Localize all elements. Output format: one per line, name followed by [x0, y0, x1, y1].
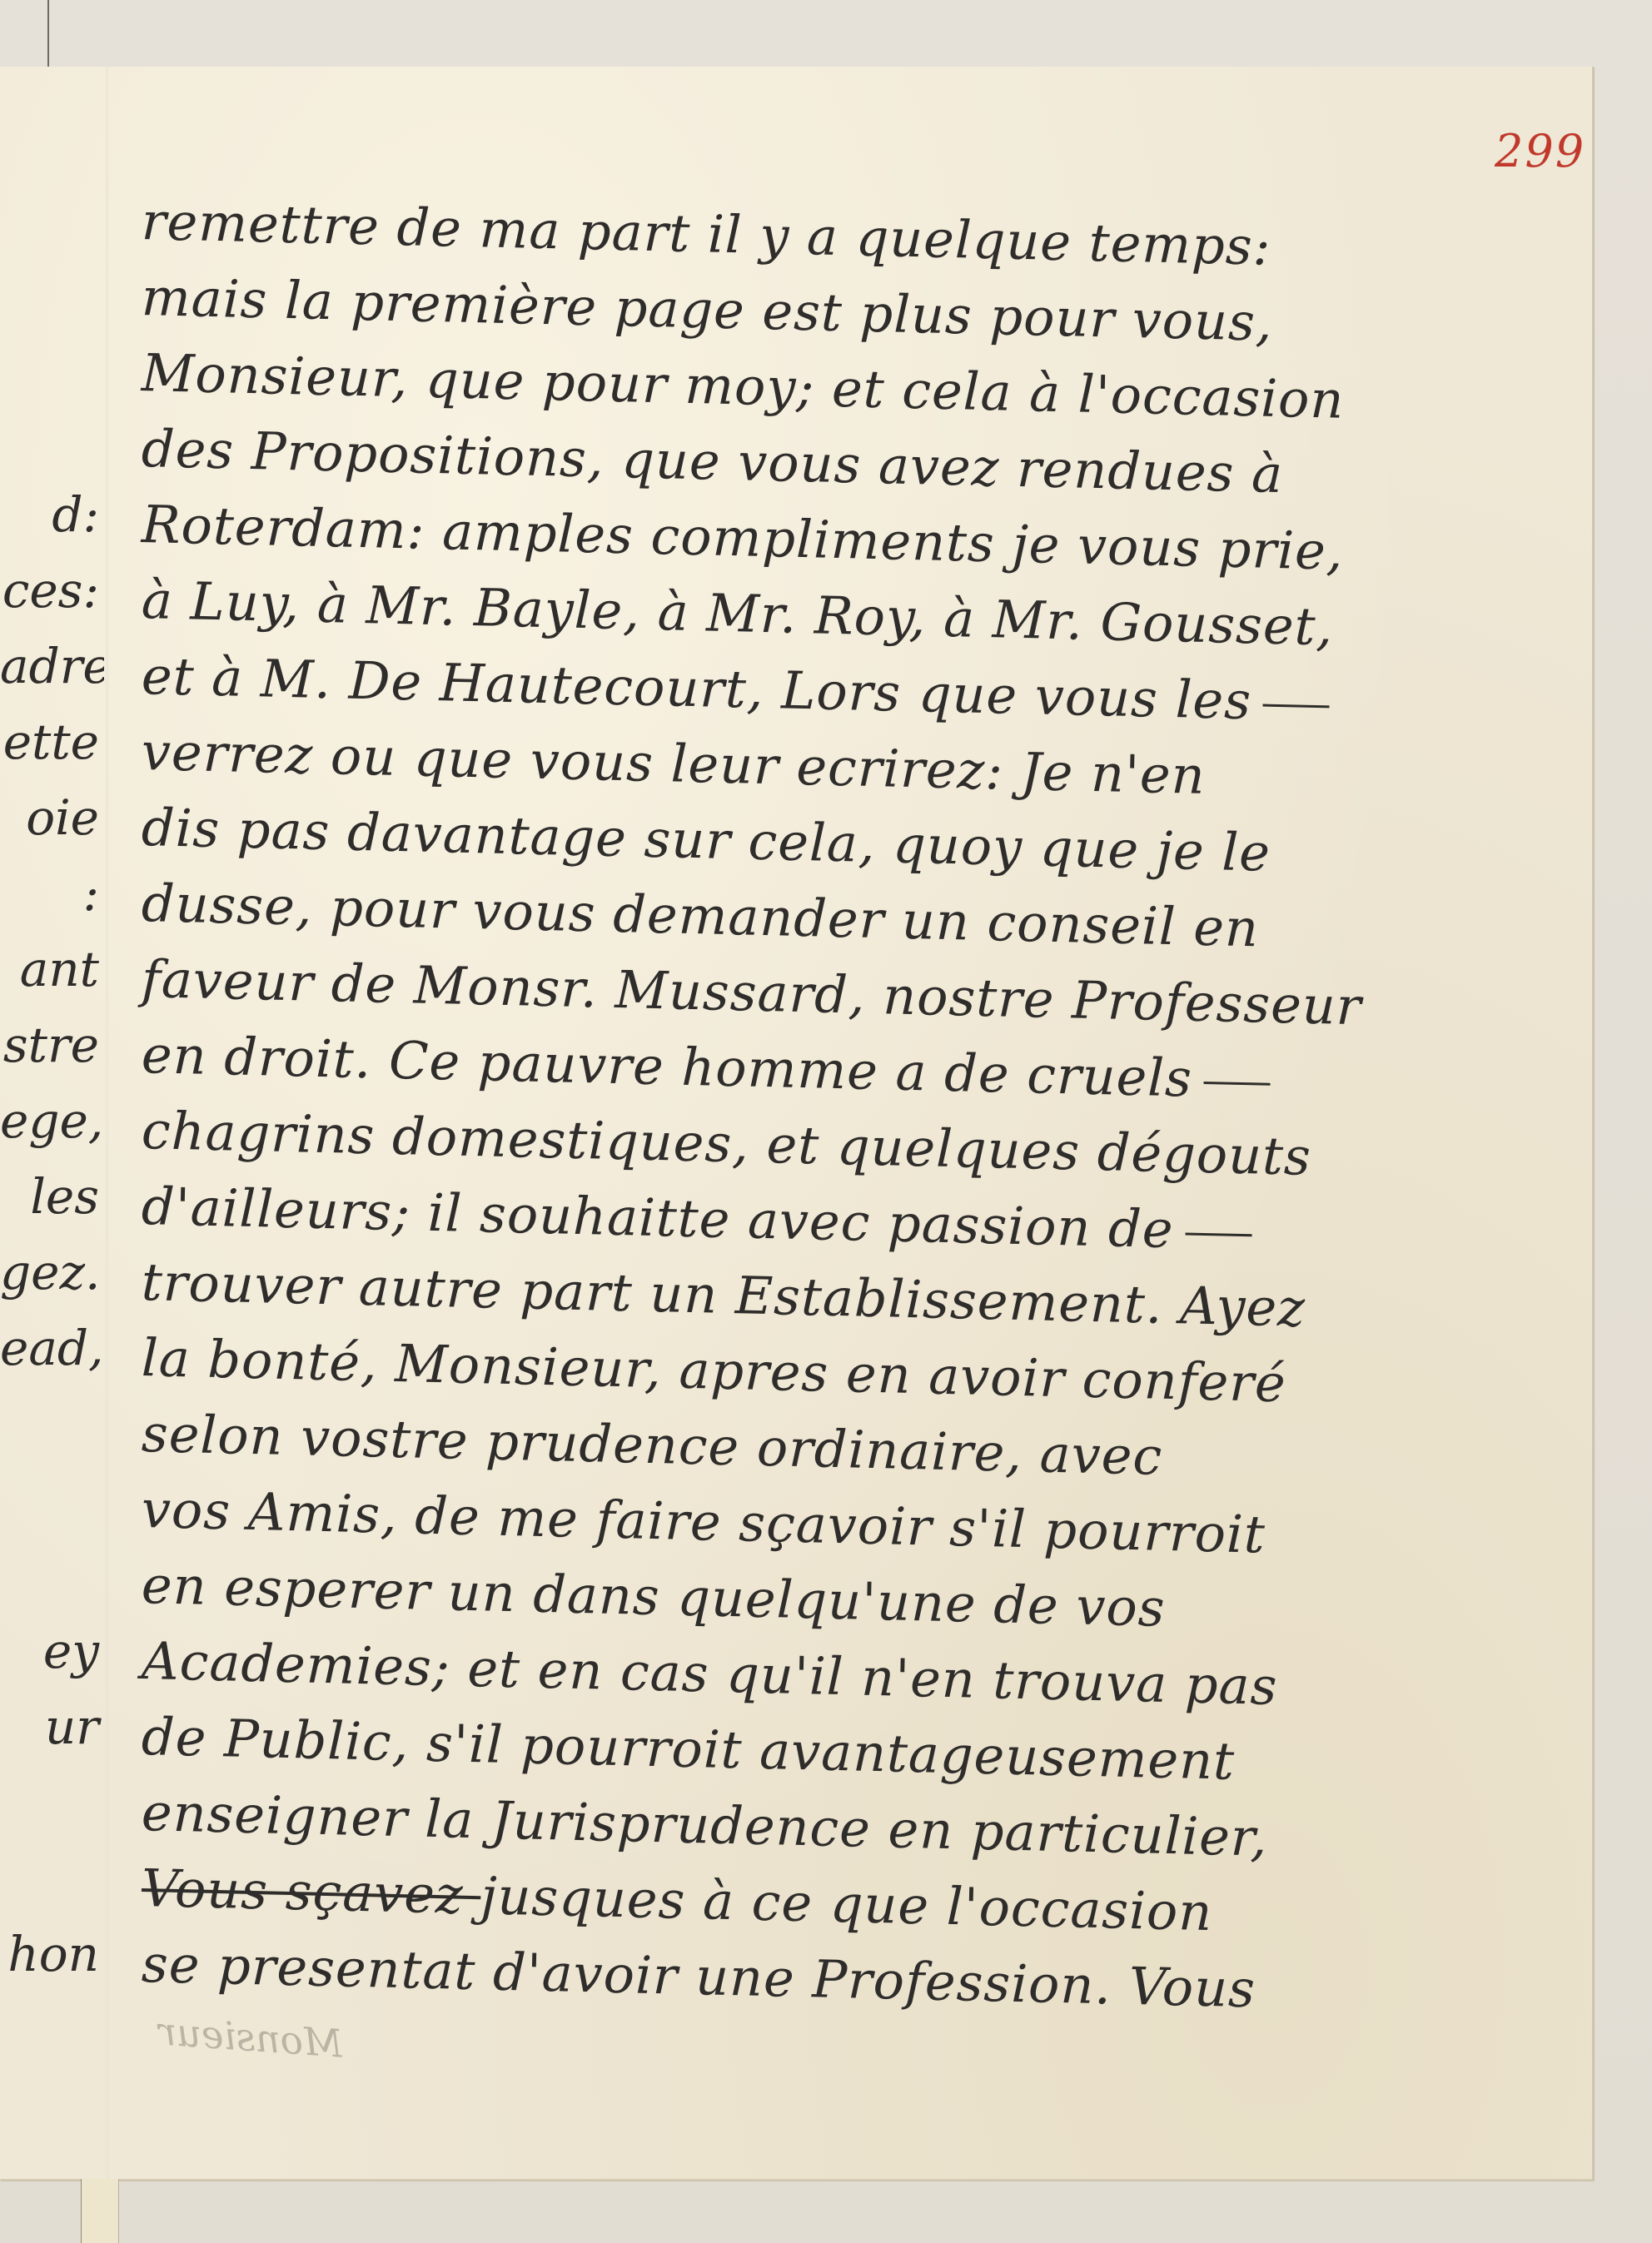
adjacent-page-fragments: d:ces:adreetteoie:antstreege,lesgez.ead,… — [0, 250, 104, 2068]
mount-edge-line — [47, 0, 49, 68]
binding-tab — [81, 2179, 119, 2243]
margin-fragment: ette — [0, 704, 104, 780]
margin-fragment: ey — [0, 1614, 104, 1689]
margin-fragment — [0, 1462, 104, 1538]
margin-fragment — [0, 1992, 104, 2068]
margin-fragment: les — [0, 1159, 104, 1235]
margin-fragment — [0, 250, 104, 326]
margin-fragment: ces: — [0, 553, 104, 629]
margin-fragment: gez. — [0, 1235, 104, 1310]
letter-body: remettre de ma part il y a quelque temps… — [142, 183, 1574, 2002]
margin-fragment: d: — [0, 477, 104, 553]
line-filler-dash — [1263, 704, 1330, 709]
margin-fragment — [0, 1841, 104, 1917]
margin-fragment: oie — [0, 780, 104, 856]
margin-fragment — [0, 401, 104, 477]
margin-fragment: ege, — [0, 1083, 104, 1159]
margin-fragment — [0, 1765, 104, 1841]
margin-fragment: ur — [0, 1689, 104, 1765]
margin-fragment: hon — [0, 1917, 104, 1992]
margin-fragment: adre — [0, 629, 104, 704]
margin-fragment: : — [0, 856, 104, 932]
margin-fragment: ead, — [0, 1310, 104, 1386]
margin-fragment — [0, 326, 104, 401]
margin-fragment: ant — [0, 932, 104, 1007]
margin-fragment: stre — [0, 1007, 104, 1083]
line-filler-dash — [1185, 1233, 1251, 1237]
page-fold — [106, 67, 108, 2179]
margin-fragment — [0, 1538, 104, 1614]
struck-through-text: Vous sçavez — [141, 1858, 481, 1926]
line-filler-dash — [1204, 1082, 1271, 1086]
margin-fragment — [0, 1386, 104, 1462]
folio-number: 299 — [1495, 125, 1585, 177]
